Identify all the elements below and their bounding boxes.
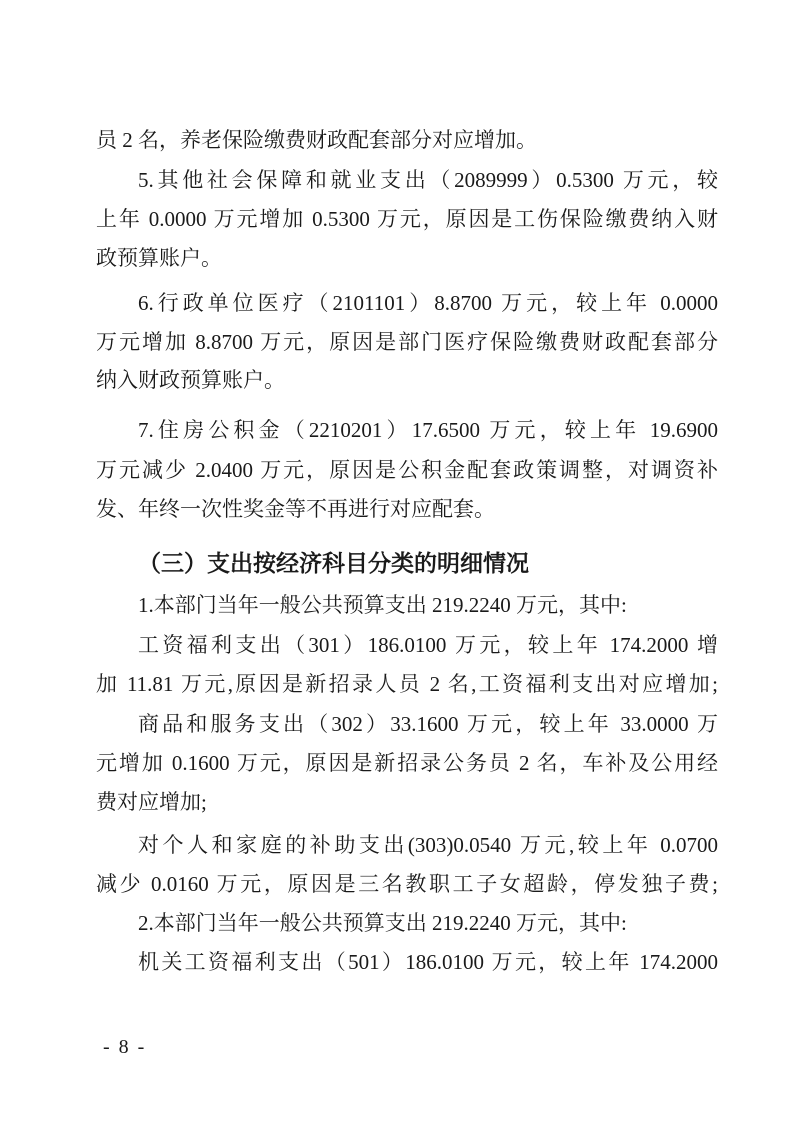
text-line: 政预算账户。 — [96, 243, 718, 273]
text-line: 发、年终一次性奖金等不再进行对应配套。 — [96, 494, 718, 524]
text-line: 对个人和家庭的补助支出(303)0.0540 万元,较上年 0.0700 — [96, 830, 718, 860]
text-line: 元增加 0.1600 万元，原因是新招录公务员 2 名，车补及公用经 — [96, 748, 718, 778]
text-line: 商品和服务支出（302）33.1600 万元，较上年 33.0000 万 — [96, 709, 718, 739]
text-line: 上年 0.0000 万元增加 0.5300 万元，原因是工伤保险缴费纳入财 — [96, 204, 718, 234]
page-number: - 8 - — [103, 1036, 146, 1059]
text-line: 2.本部门当年一般公共预算支出 219.2240 万元，其中: — [96, 908, 718, 938]
text-line: 减少 0.0160 万元，原因是三名教职工子女超龄，停发独子费; — [96, 869, 718, 899]
text-line: 费对应增加; — [96, 787, 718, 817]
text-line: 纳入财政预算账户。 — [96, 365, 718, 395]
text-line: 万元增加 8.8700 万元，原因是部门医疗保险缴费财政配套部分 — [96, 327, 718, 357]
text-line: 5.其他社会保障和就业支出（2089999）0.5300 万元，较 — [96, 165, 718, 195]
text-line: 加 11.81 万元,原因是新招录人员 2 名,工资福利支出对应增加; — [96, 669, 718, 699]
text-line: 6.行政单位医疗（2101101）8.8700 万元，较上年 0.0000 — [96, 288, 718, 318]
document-page: 员 2 名，养老保险缴费财政配套部分对应增加。 5.其他社会保障和就业支出（20… — [0, 0, 793, 1122]
text-line: 万元减少 2.0400 万元，原因是公积金配套政策调整，对调资补 — [96, 455, 718, 485]
text-line: 工资福利支出（301）186.0100 万元，较上年 174.2000 增 — [96, 630, 718, 660]
text-line: 7.住房公积金（2210201）17.6500 万元，较上年 19.6900 — [96, 415, 718, 445]
text-line: 1.本部门当年一般公共预算支出 219.2240 万元，其中: — [96, 590, 718, 620]
text-line: 机关工资福利支出（501）186.0100 万元，较上年 174.2000 — [96, 947, 718, 977]
section-heading: （三）支出按经济科目分类的明细情况 — [96, 549, 718, 579]
text-line: 员 2 名，养老保险缴费财政配套部分对应增加。 — [96, 125, 718, 155]
